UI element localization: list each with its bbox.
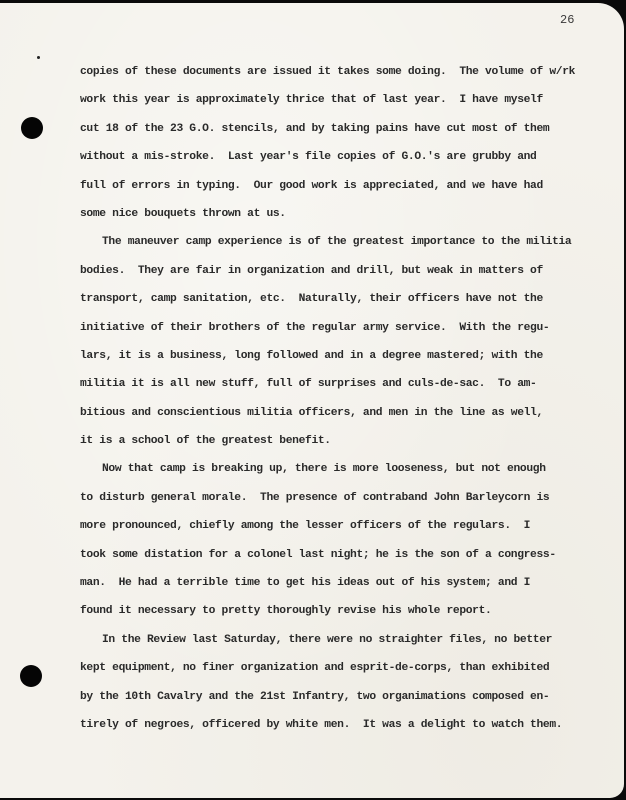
text-line: transport, camp sanitation, etc. Natural…	[80, 285, 624, 313]
text-line: initiative of their brothers of the regu…	[80, 314, 624, 342]
body-text: copies of these documents are issued it …	[80, 58, 624, 739]
text-line: Now that camp is breaking up, there is m…	[80, 455, 624, 483]
text-line: more pronounced, chiefly among the lesse…	[80, 512, 624, 540]
text-line: work this year is approximately thrice t…	[80, 86, 624, 114]
text-line: bitious and conscientious militia office…	[80, 399, 624, 427]
page-number: 26	[560, 13, 574, 27]
text-line: some nice bouquets thrown at us.	[80, 200, 624, 228]
text-line: bodies. They are fair in organization an…	[80, 257, 624, 285]
text-line: kept equipment, no finer organization an…	[80, 654, 624, 682]
text-line: cut 18 of the 23 G.O. stencils, and by t…	[80, 115, 624, 143]
paragraph-2: The maneuver camp experience is of the g…	[80, 228, 624, 455]
text-line: took some distation for a colonel last n…	[80, 541, 624, 569]
punch-hole-top	[21, 117, 43, 139]
text-line: militia it is all new stuff, full of sur…	[80, 370, 624, 398]
text-line: man. He had a terrible time to get his i…	[80, 569, 624, 597]
text-line: lars, it is a business, long followed an…	[80, 342, 624, 370]
text-line: In the Review last Saturday, there were …	[80, 626, 624, 654]
paragraph-1: copies of these documents are issued it …	[80, 58, 624, 228]
text-line: to disturb general morale. The presence …	[80, 484, 624, 512]
text-line: it is a school of the greatest benefit.	[80, 427, 624, 455]
text-line: without a mis-stroke. Last year's file c…	[80, 143, 624, 171]
text-line: The maneuver camp experience is of the g…	[80, 228, 624, 256]
paragraph-3: Now that camp is breaking up, there is m…	[80, 455, 624, 625]
text-line: by the 10th Cavalry and the 21st Infantr…	[80, 683, 624, 711]
text-line: full of errors in typing. Our good work …	[80, 172, 624, 200]
ink-speck	[37, 56, 40, 59]
text-line: copies of these documents are issued it …	[80, 58, 624, 86]
paragraph-4: In the Review last Saturday, there were …	[80, 626, 624, 740]
text-line: tirely of negroes, officered by white me…	[80, 711, 624, 739]
typewritten-page: 26 copies of these documents are issued …	[0, 3, 624, 798]
punch-hole-bottom	[20, 665, 42, 687]
text-line: found it necessary to pretty thoroughly …	[80, 597, 624, 625]
